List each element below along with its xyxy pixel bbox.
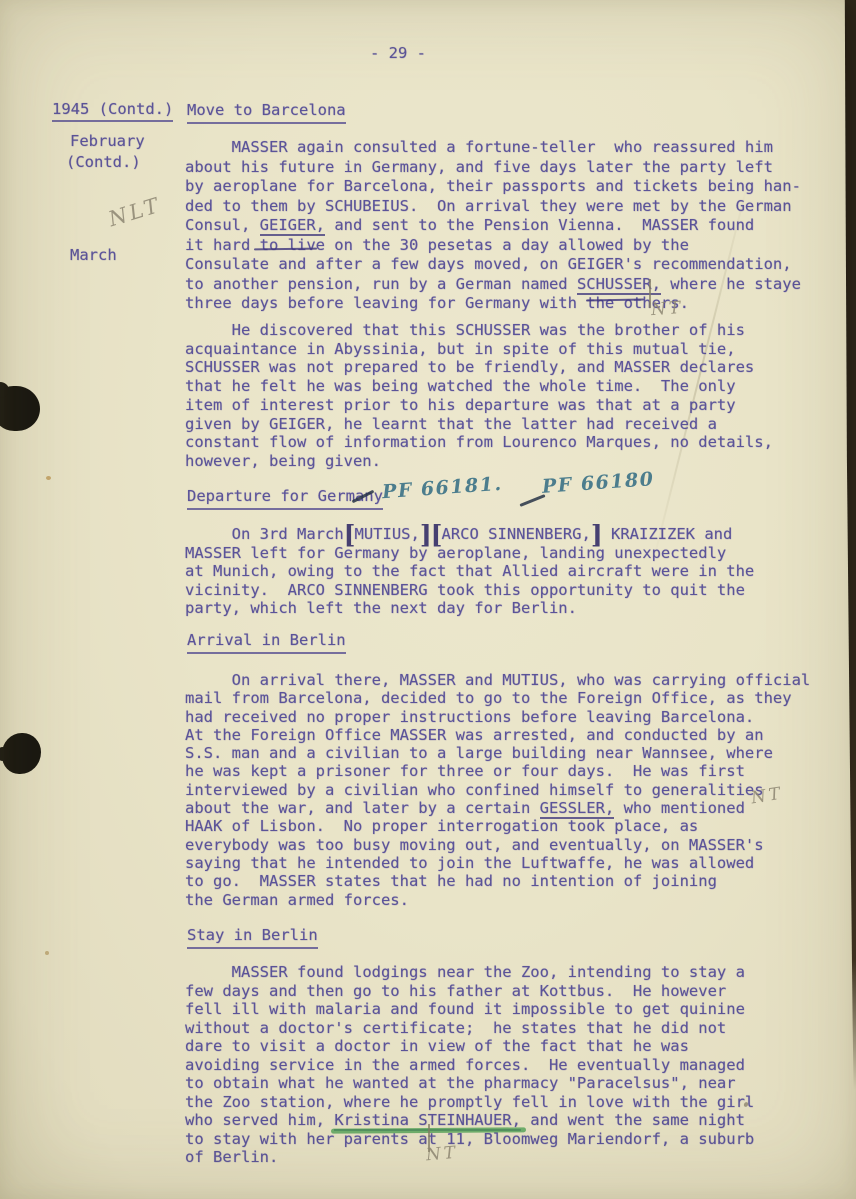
text-segment: MASSER found lodgings near the Zoo, inte… xyxy=(185,963,754,1129)
paragraph-departure: On 3rd March[MUTIUS,][ARCO SINNENBERG,] … xyxy=(185,525,754,618)
margin-note-february: February xyxy=(70,132,145,151)
page-number: - 29 - xyxy=(370,44,426,63)
section-heading-arrival-in-berlin: Arrival in Berlin xyxy=(187,631,346,654)
pencil-annotation-nt-3: NT xyxy=(425,1143,459,1166)
section-heading-stay-in-berlin: Stay in Berlin xyxy=(187,926,318,949)
text-segment: He discovered that this SCHUSSER was the… xyxy=(185,321,773,470)
text-segment-arco-sinnenberg: ARCO SINNENBERG, xyxy=(442,525,591,543)
scan-edge-shadow xyxy=(843,0,856,1090)
scanned-report-page: - 29 - 1945 (Contd.) February (Contd.) M… xyxy=(0,0,856,1199)
margin-note-march: March xyxy=(70,246,117,265)
handwritten-pf-reference-2: PF 66180 xyxy=(541,468,655,498)
text-segment: On arrival there, MASSER and MUTIUS, who… xyxy=(185,671,810,817)
paragraph-barcelona-1: MASSER again consulted a fortune-teller … xyxy=(185,138,801,314)
ink-blot-top xyxy=(0,386,40,431)
margin-note-february-contd: (Contd.) xyxy=(66,153,141,172)
text-segment-mutius: MUTIUS, xyxy=(355,525,420,543)
pencil-annotation-nlt: NLT xyxy=(106,193,164,232)
paper-fleck xyxy=(45,951,49,955)
handwritten-dash xyxy=(519,494,545,507)
underlined-name-geiger: GEIGER, xyxy=(260,216,325,236)
handwritten-pf-reference-1: PF 66181. xyxy=(381,473,503,503)
section-heading-move-to-barcelona: Move to Barcelona xyxy=(187,101,346,124)
paragraph-barcelona-2: He discovered that this SCHUSSER was the… xyxy=(185,321,773,471)
ink-blot-bottom xyxy=(2,733,41,774)
paragraph-arrival: On arrival there, MASSER and MUTIUS, who… xyxy=(185,671,810,909)
underlined-name-gessler: GESSLER, xyxy=(540,799,615,819)
paragraph-stay: MASSER found lodgings near the Zoo, inte… xyxy=(185,963,754,1167)
text-segment: On 3rd March xyxy=(185,525,344,543)
margin-note-year: 1945 (Contd.) xyxy=(52,100,173,122)
paper-fleck xyxy=(46,476,51,480)
pencil-annotation-nt-1: NT xyxy=(650,298,684,320)
